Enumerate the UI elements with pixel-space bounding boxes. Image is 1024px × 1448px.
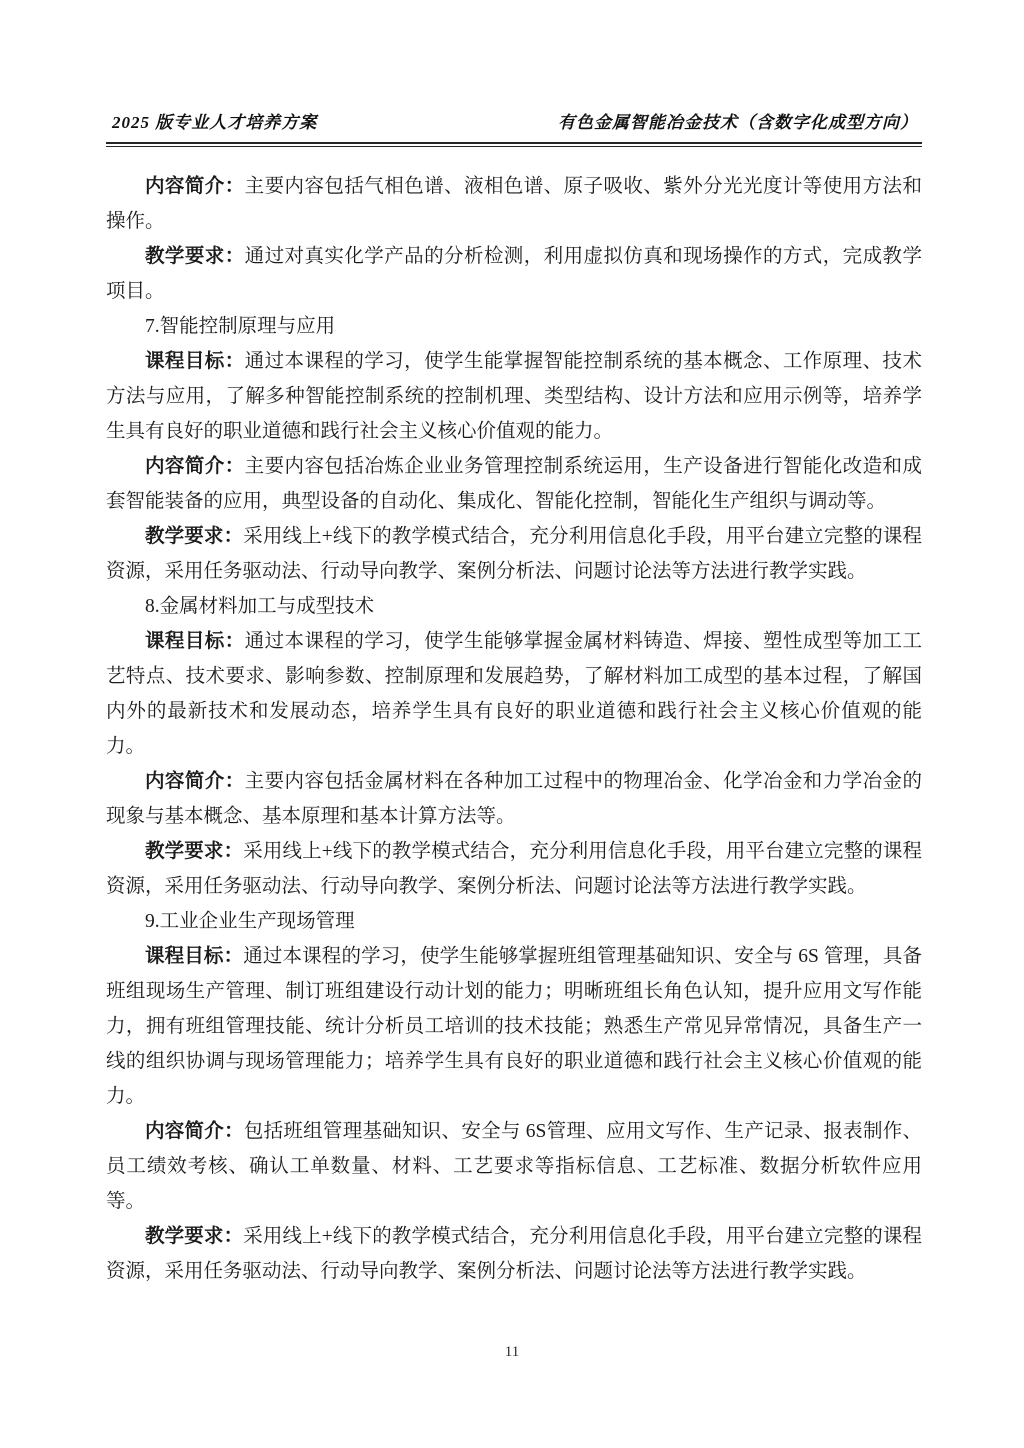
page-header: 2025 版专业人才培养方案 有色金属智能冶金技术（含数字化成型方向） <box>106 108 922 133</box>
paragraph-label: 课程目标： <box>145 946 243 967</box>
paragraph-course-goal: 课程目标：通过本课程的学习，使学生能够掌握班组管理基础知识、安全与 6S 管理，… <box>106 939 922 1114</box>
section-heading-8: 8.金属材料加工与成型技术 <box>106 589 922 624</box>
paragraph-text: 通过本课程的学习，使学生能够掌握班组管理基础知识、安全与 6S 管理，具备班组现… <box>106 946 922 1107</box>
header-left-title: 2025 版专业人才培养方案 <box>112 108 317 133</box>
paragraph-label: 课程目标： <box>145 351 245 372</box>
page-footer: 11 <box>0 1344 1024 1361</box>
paragraph-label: 教学要求： <box>145 246 245 267</box>
paragraph-content-intro: 内容简介：主要内容包括冶炼企业业务管理控制系统运用，生产设备进行智能化改造和成套… <box>106 449 922 519</box>
paragraph-label: 教学要求： <box>145 526 243 547</box>
paragraph-label: 教学要求： <box>145 1226 243 1247</box>
paragraph-label: 内容简介： <box>145 1121 244 1142</box>
section-heading-9: 9.工业企业生产现场管理 <box>106 904 922 939</box>
paragraph-course-goal: 课程目标：通过本课程的学习，使学生能掌握智能控制系统的基本概念、工作原理、技术方… <box>106 344 922 449</box>
heading-text: 7.智能控制原理与应用 <box>145 316 335 337</box>
section-heading-7: 7.智能控制原理与应用 <box>106 309 922 344</box>
page-number: 11 <box>505 1344 519 1360</box>
page-content: 2025 版专业人才培养方案 有色金属智能冶金技术（含数字化成型方向） 内容简介… <box>106 108 922 1289</box>
paragraph-label: 内容简介： <box>145 456 245 477</box>
paragraph-teaching-req: 教学要求：采用线上+线下的教学模式结合，充分利用信息化手段，用平台建立完整的课程… <box>106 519 922 589</box>
paragraph-label: 教学要求： <box>145 841 243 862</box>
paragraph-label: 内容简介： <box>145 771 245 792</box>
paragraph-teaching-req: 教学要求：采用线上+线下的教学模式结合，充分利用信息化手段，用平台建立完整的课程… <box>106 1219 922 1289</box>
paragraph-teaching-req: 教学要求：采用线上+线下的教学模式结合，充分利用信息化手段，用平台建立完整的课程… <box>106 834 922 904</box>
paragraph-course-goal: 课程目标：通过本课程的学习，使学生能够掌握金属材料铸造、焊接、塑性成型等加工工艺… <box>106 624 922 764</box>
paragraph-label: 内容简介： <box>145 176 245 197</box>
header-right-title: 有色金属智能冶金技术（含数字化成型方向） <box>558 108 918 133</box>
header-rule <box>106 142 922 147</box>
heading-text: 9.工业企业生产现场管理 <box>145 911 355 932</box>
paragraph-content-intro: 内容简介：主要内容包括气相色谱、液相色谱、原子吸收、紫外分光光度计等使用方法和操… <box>106 169 922 239</box>
paragraph-content-intro: 内容简介：主要内容包括金属材料在各种加工过程中的物理冶金、化学冶金和力学冶金的现… <box>106 764 922 834</box>
paragraph-content-intro: 内容简介：包括班组管理基础知识、安全与 6S管理、应用文写作、生产记录、报表制作… <box>106 1114 922 1219</box>
paragraph-label: 课程目标： <box>145 631 245 652</box>
document-body: 内容简介：主要内容包括气相色谱、液相色谱、原子吸收、紫外分光光度计等使用方法和操… <box>106 169 922 1289</box>
paragraph-teaching-req: 教学要求：通过对真实化学产品的分析检测，利用虚拟仿真和现场操作的方式，完成教学项… <box>106 239 922 309</box>
heading-text: 8.金属材料加工与成型技术 <box>145 596 374 617</box>
document-page: 2025 版专业人才培养方案 有色金属智能冶金技术（含数字化成型方向） 内容简介… <box>0 0 1024 1448</box>
